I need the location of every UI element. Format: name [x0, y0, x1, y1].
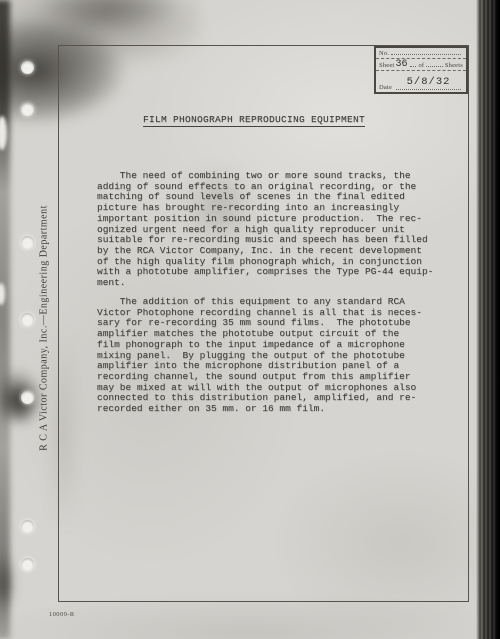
- of-label: of: [418, 62, 424, 69]
- punch-hole: [21, 236, 34, 249]
- document-title-text: FILM PHONOGRAPH REPRODUCING EQUIPMENT: [143, 114, 365, 127]
- sheet-info-box: No. Sheet 36 of Sheets Date 5/8/32: [374, 46, 468, 94]
- no-dotted-line: [391, 53, 461, 55]
- date-value: 5/8/32: [407, 76, 451, 88]
- punch-hole: [21, 558, 34, 571]
- date-dotted-line: 5/8/32: [396, 71, 461, 90]
- no-label: No.: [379, 50, 389, 57]
- punch-hole: [21, 391, 34, 404]
- form-number: 10009-R: [49, 611, 75, 618]
- punch-hole: [21, 103, 34, 116]
- sheet-label: Sheet: [379, 62, 394, 69]
- sheet-box-date-row: Date 5/8/32: [376, 70, 466, 92]
- scanned-page: No. Sheet 36 of Sheets Date 5/8/32 FILM …: [0, 0, 500, 639]
- scan-stain-left-lower: [0, 545, 18, 620]
- paragraph-2: The addition of this equipment to any st…: [97, 297, 422, 415]
- sheet-box-no-row: No.: [376, 48, 466, 58]
- punch-hole: [21, 61, 34, 74]
- punch-hole: [21, 313, 34, 326]
- sheet-dotted-line: [410, 65, 416, 67]
- sheet-number-value: 36: [395, 60, 407, 70]
- date-label: Date: [379, 84, 392, 91]
- paper-tear-spot: [0, 116, 7, 150]
- scan-edge-shadow: [476, 0, 500, 639]
- punch-hole: [21, 520, 34, 533]
- sheet-dotted-line: [426, 65, 443, 67]
- paragraph-1: The need of combining two or more sound …: [97, 171, 433, 289]
- paper-tear-spot: [0, 283, 5, 305]
- document-title: FILM PHONOGRAPH REPRODUCING EQUIPMENT: [58, 114, 450, 125]
- scan-stain-left-edge: [0, 0, 10, 639]
- company-department-sidebar-label: R C A Victor Company, Inc.—Engineering D…: [39, 205, 50, 451]
- sheet-box-sheet-row: Sheet 36 of Sheets: [376, 58, 466, 70]
- sheets-label: Sheets: [445, 62, 463, 69]
